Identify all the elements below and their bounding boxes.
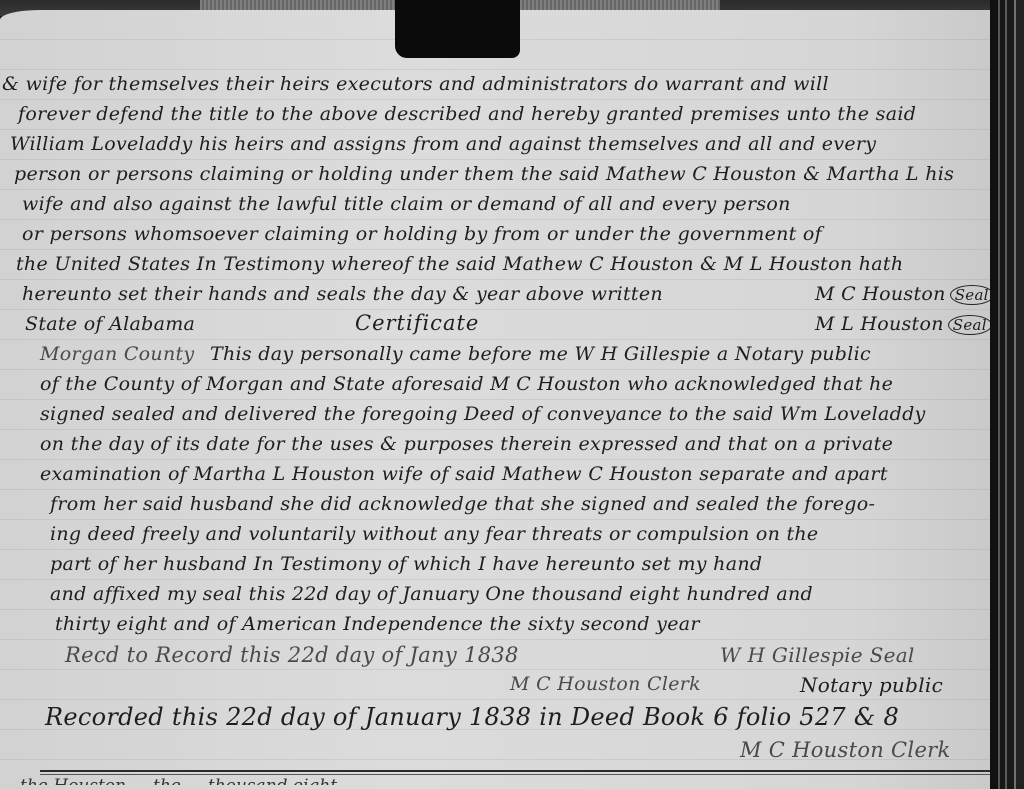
deed-line-8: hereunto set their hands and seals the d… xyxy=(22,283,663,305)
certificate-heading: Certificate xyxy=(355,311,479,335)
deed-line-4: person or persons claiming or holding un… xyxy=(14,163,954,185)
recorded-statement: Recorded this 22d day of January 1838 in… xyxy=(45,703,899,731)
entry-divider-secondary xyxy=(40,774,990,775)
certificate-line-8: part of her husband In Testimony of whic… xyxy=(50,553,762,575)
recorded-clerk-signature: M C Houston Clerk xyxy=(740,738,951,762)
deed-line-5: wife and also against the lawful title c… xyxy=(22,193,791,215)
certificate-line-9: and affixed my seal this 22d day of Janu… xyxy=(50,583,813,605)
signature-ml-houston: M L HoustonSeal xyxy=(815,313,992,335)
signature-name: M C Houston xyxy=(815,283,946,305)
notary-signature: W H Gillespie Seal xyxy=(720,643,915,667)
signature-name: M L Houston xyxy=(815,313,944,335)
certificate-line-5: examination of Martha L Houston wife of … xyxy=(40,463,888,485)
seal-mark: Seal xyxy=(948,315,992,335)
venue-county: Morgan County xyxy=(40,343,194,365)
certificate-line-1: This day personally came before me W H G… xyxy=(210,343,871,365)
received-for-record: Recd to Record this 22d day of Jany 1838 xyxy=(65,643,519,667)
certificate-line-6: from her said husband she did acknowledg… xyxy=(50,493,875,515)
deed-line-6: or persons whomsoever claiming or holdin… xyxy=(22,223,822,245)
ledger-page: & wife for themselves their heirs execut… xyxy=(0,10,995,789)
deed-line-7: the United States In Testimony whereof t… xyxy=(16,253,903,275)
page-tab-shadow xyxy=(395,0,520,58)
book-binding-edge xyxy=(990,0,1024,789)
certificate-line-4: on the day of its date for the uses & pu… xyxy=(40,433,893,455)
deed-line-1: & wife for themselves their heirs execut… xyxy=(2,73,829,95)
deed-line-3: William Loveladdy his heirs and assigns … xyxy=(10,133,876,155)
venue-state: State of Alabama xyxy=(25,313,195,335)
certificate-line-7: ing deed freely and voluntarily without … xyxy=(50,523,818,545)
certificate-line-2: of the County of Morgan and State afores… xyxy=(40,373,893,395)
deed-line-2: forever defend the title to the above de… xyxy=(18,103,916,125)
notary-title: Notary public xyxy=(800,673,943,697)
certificate-line-3: signed sealed and delivered the foregoin… xyxy=(40,403,926,425)
seal-mark: Seal xyxy=(950,285,994,305)
received-clerk-signature: M C Houston Clerk xyxy=(510,673,701,695)
signature-mc-houston: M C HoustonSeal xyxy=(815,283,994,305)
certificate-line-10: thirty eight and of American Independenc… xyxy=(55,613,700,635)
entry-divider xyxy=(40,770,990,772)
